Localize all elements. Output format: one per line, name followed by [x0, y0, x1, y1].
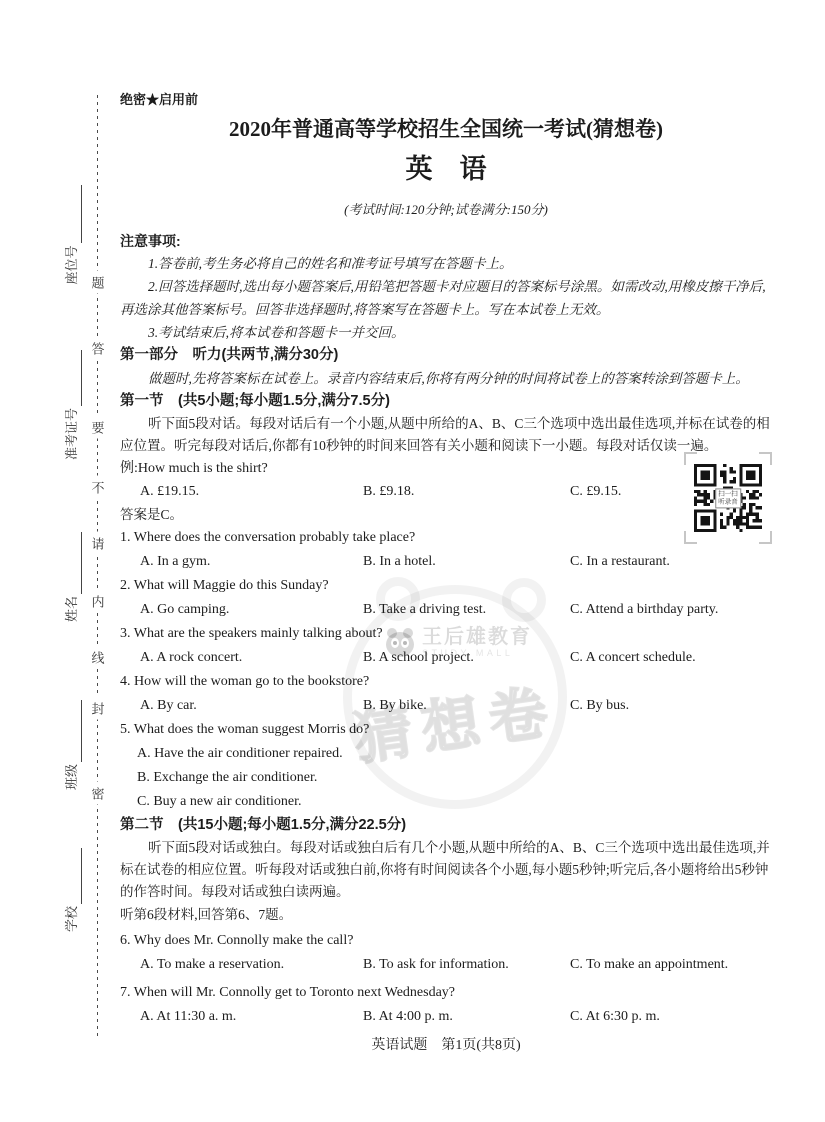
seal-field-label: 班级: [64, 764, 79, 790]
option: A. Go camping.: [140, 598, 363, 622]
seal-field-admission-number: 准考证号: [62, 347, 82, 463]
seal-field-school: 学校: [62, 845, 82, 935]
seal-field-blank: [69, 848, 82, 904]
question-3-options: A. A rock concert. B. A school project. …: [120, 646, 772, 670]
option: B. By bike.: [363, 694, 570, 718]
subject-title: 英 语: [120, 152, 772, 186]
option: B. Exchange the air conditioner.: [137, 766, 772, 790]
seal-field-blank: [69, 700, 82, 762]
seal-char: 要: [91, 416, 104, 439]
option: A. By car.: [140, 694, 363, 718]
option: B. A school project.: [363, 646, 570, 670]
option: A. To make a reservation.: [140, 953, 363, 977]
seal-field-label: 座位号: [64, 246, 79, 285]
secrecy-label: 绝密★启用前: [120, 92, 772, 108]
seal-char: 请: [91, 532, 104, 555]
option: A. Have the air conditioner repaired.: [137, 742, 772, 766]
seal-field-label: 准考证号: [64, 408, 79, 460]
option: C. To make an appointment.: [570, 953, 772, 977]
seal-dashed-line: [97, 95, 98, 1040]
seal-field-seat-number: 座位号: [62, 183, 82, 287]
part1-note: 做题时,先将答案标在试卷上。录音内容结束后,你将有两分钟的时间将试卷上的答案转涂…: [120, 367, 772, 390]
seal-field-blank: [69, 186, 82, 244]
section2-instruction: 听下面5段对话或独白。每段对话或独白后有几个小题,从题中所给的A、B、C三个选项…: [120, 837, 772, 903]
option: A. A rock concert.: [140, 646, 363, 670]
option: C. In a restaurant.: [570, 550, 772, 574]
exam-title: 2020年普通高等学校招生全国统一考试(猜想卷): [120, 114, 772, 144]
question-2-text: 2. What will Maggie do this Sunday?: [120, 574, 772, 598]
option: C. £9.15.: [570, 480, 772, 503]
question-5-text: 5. What does the woman suggest Morris do…: [120, 718, 772, 742]
option: B. In a hotel.: [363, 550, 570, 574]
example-prompt: 例:How much is the shirt?: [120, 457, 772, 480]
question-4-text: 4. How will the woman go to the bookstor…: [120, 670, 772, 694]
option: C. Buy a new air conditioner.: [137, 790, 772, 814]
section1-heading: 第一节 (共5小题;每小题1.5分,满分7.5分): [120, 390, 772, 413]
example-options: A. £19.15. B. £9.18. C. £9.15.: [120, 480, 772, 503]
seal-field-blank: [69, 350, 82, 406]
seal-char: 线: [91, 646, 104, 669]
note-item-3: 3.考试结束后,将本试卷和答题卡一并交回。: [120, 321, 772, 344]
option: A. In a gym.: [140, 550, 363, 574]
question-2-options: A. Go camping. B. Take a driving test. C…: [120, 598, 772, 622]
material-note: 听第6段材料,回答第6、7题。: [120, 903, 772, 926]
question-7-options: A. At 11:30 a. m. B. At 4:00 p. m. C. At…: [120, 1005, 772, 1029]
seal-field-label: 学校: [64, 906, 79, 932]
question-5-options: A. Have the air conditioner repaired. B.…: [120, 742, 772, 814]
seal-char: 密: [91, 782, 104, 805]
question-3-text: 3. What are the speakers mainly talking …: [120, 622, 772, 646]
question-1-text: 1. Where does the conversation probably …: [120, 526, 772, 550]
section2-heading: 第二节 (共15小题;每小题1.5分,满分22.5分): [120, 814, 772, 837]
option: B. £9.18.: [363, 480, 570, 503]
option: C. By bus.: [570, 694, 772, 718]
option: B. Take a driving test.: [363, 598, 570, 622]
question-4-options: A. By car. B. By bike. C. By bus.: [120, 694, 772, 718]
note-item-1: 1.答卷前,考生务必将自己的姓名和准考证号填写在答题卡上。: [120, 252, 772, 275]
notes-heading: 注意事项:: [120, 231, 772, 252]
option: B. To ask for information.: [363, 953, 570, 977]
seal-char: 封: [91, 697, 104, 720]
option: A. At 11:30 a. m.: [140, 1005, 363, 1029]
option: C. Attend a birthday party.: [570, 598, 772, 622]
seal-char: 题: [91, 271, 104, 294]
exam-content: 绝密★启用前 2020年普通高等学校招生全国统一考试(猜想卷) 英 语 (考试时…: [120, 92, 772, 1056]
seal-char: 不: [91, 476, 104, 499]
seal-field-name: 姓名: [62, 529, 82, 625]
exam-meta: (考试时间:120分钟;试卷满分:150分): [120, 200, 772, 220]
seal-char: 答: [91, 337, 104, 360]
option: A. £19.15.: [140, 480, 363, 503]
note-item-2: 2.回答选择题时,选出每小题答案后,用铅笔把答题卡对应题目的答案标号涂黑。如需改…: [120, 275, 772, 321]
question-6-options: A. To make a reservation. B. To ask for …: [120, 953, 772, 977]
exam-paper-page: 王后雄教育 STUDY MALL 猜想卷 题 答 要 不 请 内 线 封 密 座…: [0, 0, 825, 1122]
option: C. A concert schedule.: [570, 646, 772, 670]
answer-note: 答案是C。: [120, 503, 772, 526]
seal-field-blank: [69, 532, 82, 594]
question-1-options: A. In a gym. B. In a hotel. C. In a rest…: [120, 550, 772, 574]
seal-field-class: 班级: [62, 697, 82, 793]
option: B. At 4:00 p. m.: [363, 1005, 570, 1029]
seal-char: 内: [91, 590, 104, 613]
question-6-text: 6. Why does Mr. Connolly make the call?: [120, 929, 772, 953]
question-7-text: 7. When will Mr. Connolly get to Toronto…: [120, 981, 772, 1005]
part1-heading: 第一部分 听力(共两节,满分30分): [120, 344, 772, 367]
section1-instruction: 听下面5段对话。每段对话后有一个小题,从题中所给的A、B、C三个选项中选出最佳选…: [120, 413, 772, 457]
page-footer: 英语试题 第1页(共8页): [120, 1036, 772, 1056]
option: C. At 6:30 p. m.: [570, 1005, 772, 1029]
seal-field-label: 姓名: [64, 596, 79, 622]
